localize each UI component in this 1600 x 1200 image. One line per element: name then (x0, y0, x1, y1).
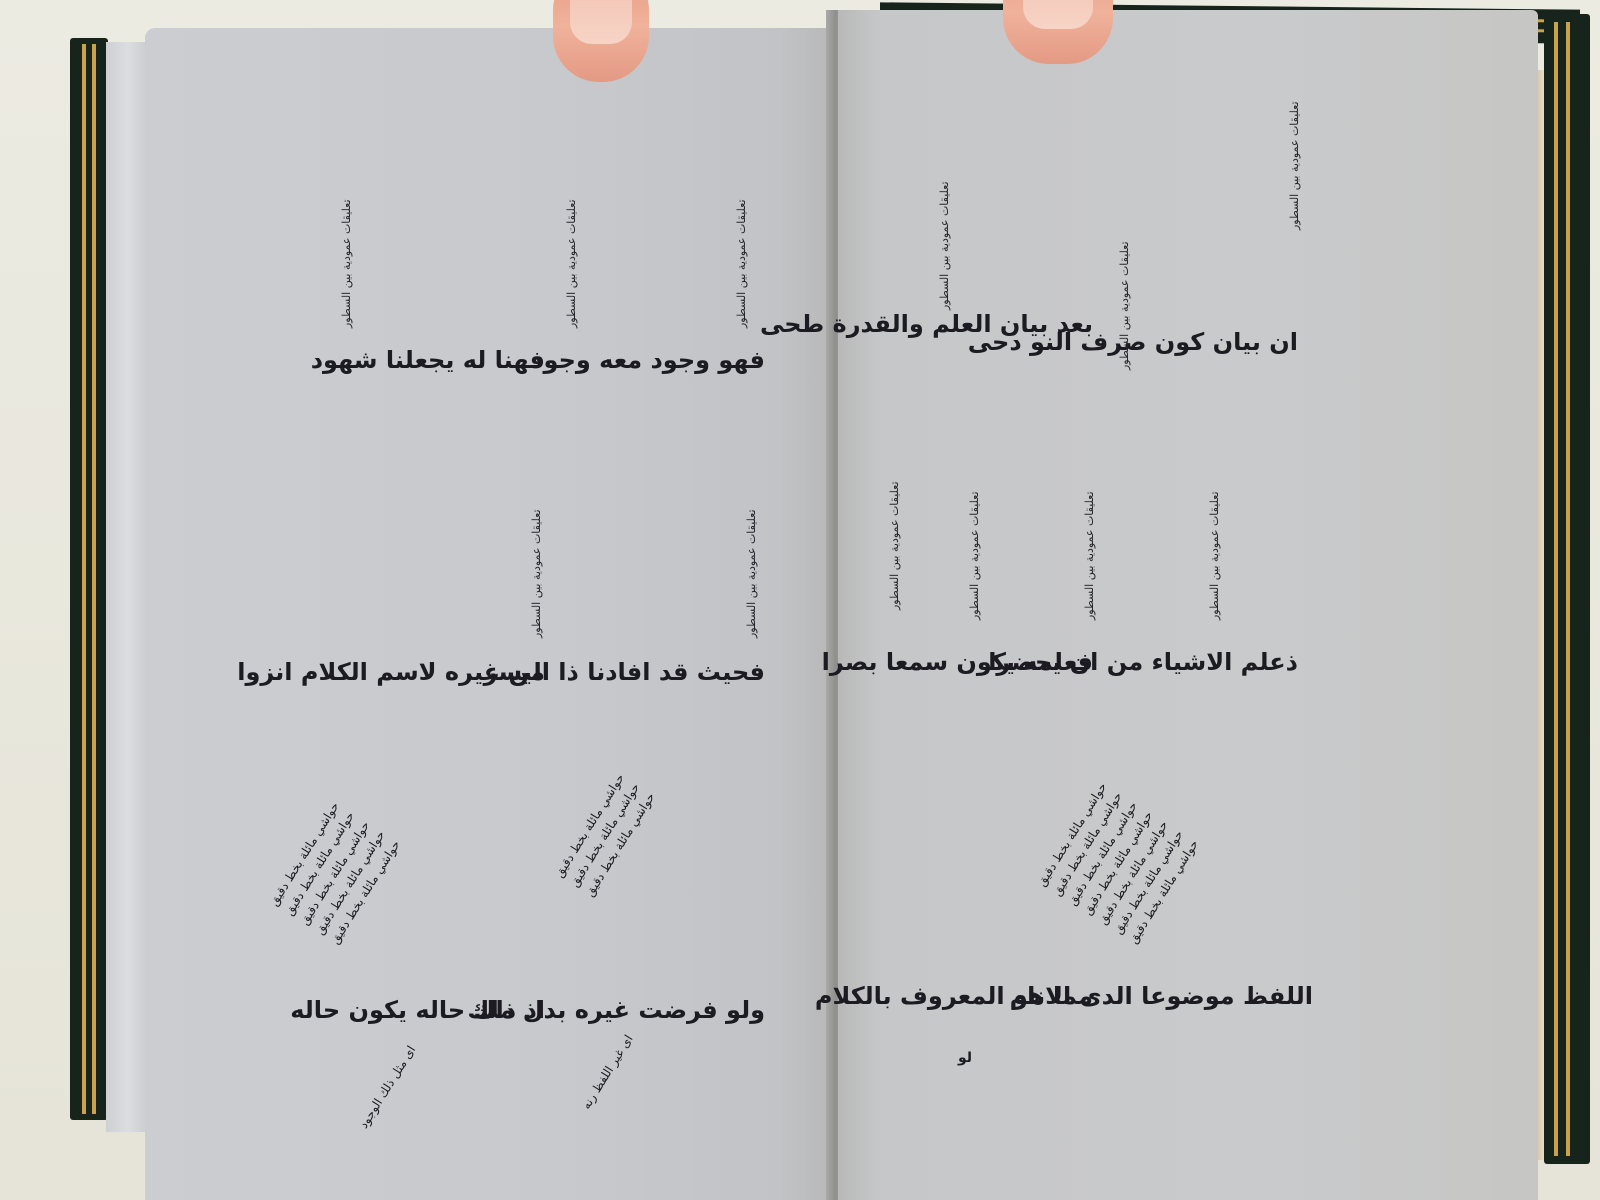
fingernail (570, 0, 631, 44)
page-number: لو (958, 1050, 972, 1066)
book-cover-right-edge (1544, 14, 1590, 1164)
right-page: ان بيان كون صرف النو دحى بعد بيان العلم … (838, 10, 1538, 1200)
verse-hemistich: مما هو المعروف بالكلام (815, 982, 1093, 1010)
vertical-gloss: تعليقات عمودية بين السطور (968, 491, 981, 620)
book-cover-left-edge (70, 38, 108, 1120)
vertical-gloss: تعليقات عمودية بين السطور (735, 199, 748, 328)
diagonal-gloss-block: حواشي مائلة بخط دقيق حواشي مائلة بخط دقي… (1033, 779, 1203, 947)
vertical-gloss: تعليقات عمودية بين السطور (1083, 491, 1096, 620)
bottom-gloss: اى مثل ذلك الوجود (355, 1042, 420, 1132)
diagonal-gloss-block: حواشي مائلة بخط دقيق حواشي مائلة بخط دقي… (550, 770, 659, 900)
gilded-line (1566, 22, 1570, 1156)
vertical-gloss: تعليقات عمودية بين السطور (1208, 491, 1221, 620)
vertical-gloss: تعليقات عمودية بين السطور (565, 199, 578, 328)
fingernail (1023, 0, 1093, 29)
page-stack-left (106, 42, 150, 1132)
gilded-line (92, 44, 96, 1114)
diagonal-gloss-block: حواشي مائلة بخط دقيق حواشي مائلة بخط دقي… (265, 798, 405, 947)
verse-hemistich: من غيره لاسم الكلام انزوا (237, 658, 545, 686)
vertical-gloss: تعليقات عمودية بين السطور (1288, 101, 1301, 230)
vertical-gloss: تعليقات عمودية بين السطور (340, 199, 353, 328)
vertical-gloss: تعليقات عمودية بين السطور (745, 509, 758, 638)
gilded-line (1554, 22, 1558, 1156)
vertical-gloss: تعليقات عمودية بين السطور (938, 181, 951, 310)
bottom-gloss: اى غير اللفظ رنه (577, 1031, 637, 1112)
verse-hemistich: فهنا له يجعلنا شهود (311, 346, 545, 374)
verse-hemistich: فعلمه يكون سمعا بصرا (822, 648, 1093, 676)
verse-hemistich: اذ ذاك حاله يكون حاله (290, 996, 545, 1024)
verse-hemistich: فهو وجود معه وجود (531, 346, 765, 374)
vertical-gloss: تعليقات عمودية بين السطور (530, 509, 543, 638)
left-page: فهو وجود معه وجود فهنا له يجعلنا شهود فح… (145, 28, 835, 1200)
verse-hemistich: بعد بيان العلم والقدرة طحى (760, 310, 1093, 338)
vertical-gloss: تعليقات عمودية بين السطور (888, 481, 901, 610)
gilded-line (82, 44, 86, 1114)
vertical-gloss: تعليقات عمودية بين السطور (1118, 241, 1131, 370)
